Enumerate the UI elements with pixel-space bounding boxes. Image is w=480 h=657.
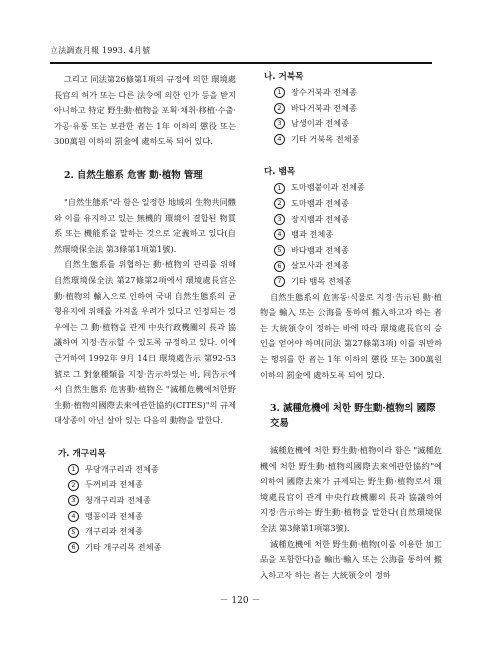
list-item-label: 기타 뱀목 전체종: [291, 274, 352, 290]
list-item: 1도마뱀붙이과 전체종: [274, 180, 442, 196]
section-2-title: 2. 自然生態系 危害 動·植物 管理: [54, 168, 236, 183]
section-3-paragraph-1: 滅種危機에 처한 野生動·植物이라 함은 "滅種危機에 처한 野生動·植物의國際…: [260, 443, 442, 537]
list-item-label: 개구리과 전체종: [85, 524, 143, 540]
list-item-label: 두꺼비과 전체종: [85, 477, 143, 493]
left-column: 그리고 同法第26條第1項의 규정에 의한 環境處長官의 허가 또는 다른 法令…: [54, 72, 236, 555]
list-item: 2도마뱀과 전체종: [274, 196, 442, 212]
list-item-label: 남생이과 전체종: [291, 116, 349, 132]
list-item: 2바다거북과 전체종: [274, 101, 442, 117]
circled-number-icon: 2: [274, 103, 285, 114]
spacer: [54, 150, 236, 168]
list-item-label: 바다거북과 전체종: [291, 101, 357, 117]
list-item: 3남생이과 전체종: [274, 116, 442, 132]
spacer: [260, 383, 442, 401]
list-item-label: 기타 거북목 전체종: [291, 132, 359, 148]
subsection-da-title: 다. 뱀목: [260, 165, 442, 180]
section-3-title: 3. 滅種危機에 처한 野生動·植物의 國際交易: [260, 401, 442, 431]
circled-number-icon: 4: [274, 229, 285, 240]
circled-number-icon: 1: [68, 464, 79, 475]
list-item-label: 도마뱀과 전체종: [291, 196, 349, 212]
section-3-paragraph-2: 滅種危機에 처한 野生動·植物(이를 이용한 加工品을 포함한다)을 輸出·輸入…: [260, 537, 442, 584]
list-item: 5바다뱀과 전체종: [274, 243, 442, 259]
list-item: 1장수거북과 전체종: [274, 85, 442, 101]
list-item-label: 뱀과 전체종: [291, 227, 333, 243]
list-item-label: 무당개구리과 전체종: [85, 462, 159, 478]
list-item: 3장지뱀과 전체종: [274, 212, 442, 228]
circled-number-icon: 7: [274, 276, 285, 287]
circled-number-icon: 2: [68, 480, 79, 491]
subsection-na-title: 나. 거북목: [260, 70, 442, 85]
circled-number-icon: 6: [274, 261, 285, 272]
list-item-label: 청개구리과 전체종: [85, 493, 151, 509]
circled-number-icon: 5: [274, 245, 285, 256]
running-header: 立法調查月報 1993. 4月號: [50, 45, 430, 56]
circled-number-icon: 2: [274, 198, 285, 209]
section-2-paragraph-2: 自然生態系를 위협하는 動·植物의 관리를 위해 自然環境保全法 第27條第2項…: [54, 257, 236, 429]
list-item: 6살모사과 전체종: [274, 258, 442, 274]
list-item-label: 기타 개구리목 전체종: [85, 540, 161, 556]
frog-order-list: 1무당개구리과 전체종 2두꺼비과 전체종 3청개구리과 전체종 4맹꽁이과 전…: [54, 462, 236, 556]
list-item: 5개구리과 전체종: [68, 524, 236, 540]
spacer: [260, 147, 442, 165]
turtle-order-list: 1장수거북과 전체종 2바다거북과 전체종 3남생이과 전체종 4기타 거북목 …: [260, 85, 442, 147]
list-item-label: 도마뱀붙이과 전체종: [291, 180, 365, 196]
spacer: [54, 429, 236, 447]
list-item: 4뱀과 전체종: [274, 227, 442, 243]
list-item: 7기타 뱀목 전체종: [274, 274, 442, 290]
circled-number-icon: 3: [274, 214, 285, 225]
list-item: 4기타 거북목 전체종: [274, 132, 442, 148]
circled-number-icon: 3: [68, 495, 79, 506]
snake-order-list: 1도마뱀붙이과 전체종 2도마뱀과 전체종 3장지뱀과 전체종 4뱀과 전체종 …: [260, 180, 442, 289]
circled-number-icon: 6: [68, 542, 79, 553]
list-item: 1무당개구리과 전체종: [68, 462, 236, 478]
circled-number-icon: 4: [274, 134, 285, 145]
circled-number-icon: 1: [274, 87, 285, 98]
list-item: 3청개구리과 전체종: [68, 493, 236, 509]
circled-number-icon: 1: [274, 183, 285, 194]
page-number: － 120 －: [0, 593, 480, 606]
list-item: 2두꺼비과 전체종: [68, 477, 236, 493]
header-rule: [50, 62, 432, 64]
section-2-paragraph-1: "自然生態系"라 함은 일정한 地域의 生物共同體와 이를 유지하고 있는 無機…: [54, 195, 236, 257]
closing-paragraph: 自然生態系의 危害동·식물로 지정·告示된 動·植物을 輸入 또는 公海를 통하…: [260, 290, 442, 384]
list-item-label: 살모사과 전체종: [291, 258, 349, 274]
list-item: 6기타 개구리목 전체종: [68, 540, 236, 556]
spacer: [260, 431, 442, 443]
list-item-label: 장지뱀과 전체종: [291, 212, 349, 228]
subsection-ga-title: 가. 개구리목: [54, 447, 236, 462]
intro-paragraph: 그리고 同法第26條第1項의 규정에 의한 環境處長官의 허가 또는 다른 法令…: [54, 72, 236, 150]
list-item-label: 바다뱀과 전체종: [291, 243, 349, 259]
list-item-label: 맹꽁이과 전체종: [85, 509, 143, 525]
spacer: [54, 183, 236, 195]
list-item: 4맹꽁이과 전체종: [68, 509, 236, 525]
circled-number-icon: 3: [274, 118, 285, 129]
circled-number-icon: 4: [68, 511, 79, 522]
circled-number-icon: 5: [68, 527, 79, 538]
right-column: 나. 거북목 1장수거북과 전체종 2바다거북과 전체종 3남생이과 전체종 4…: [260, 70, 442, 583]
list-item-label: 장수거북과 전체종: [291, 85, 357, 101]
